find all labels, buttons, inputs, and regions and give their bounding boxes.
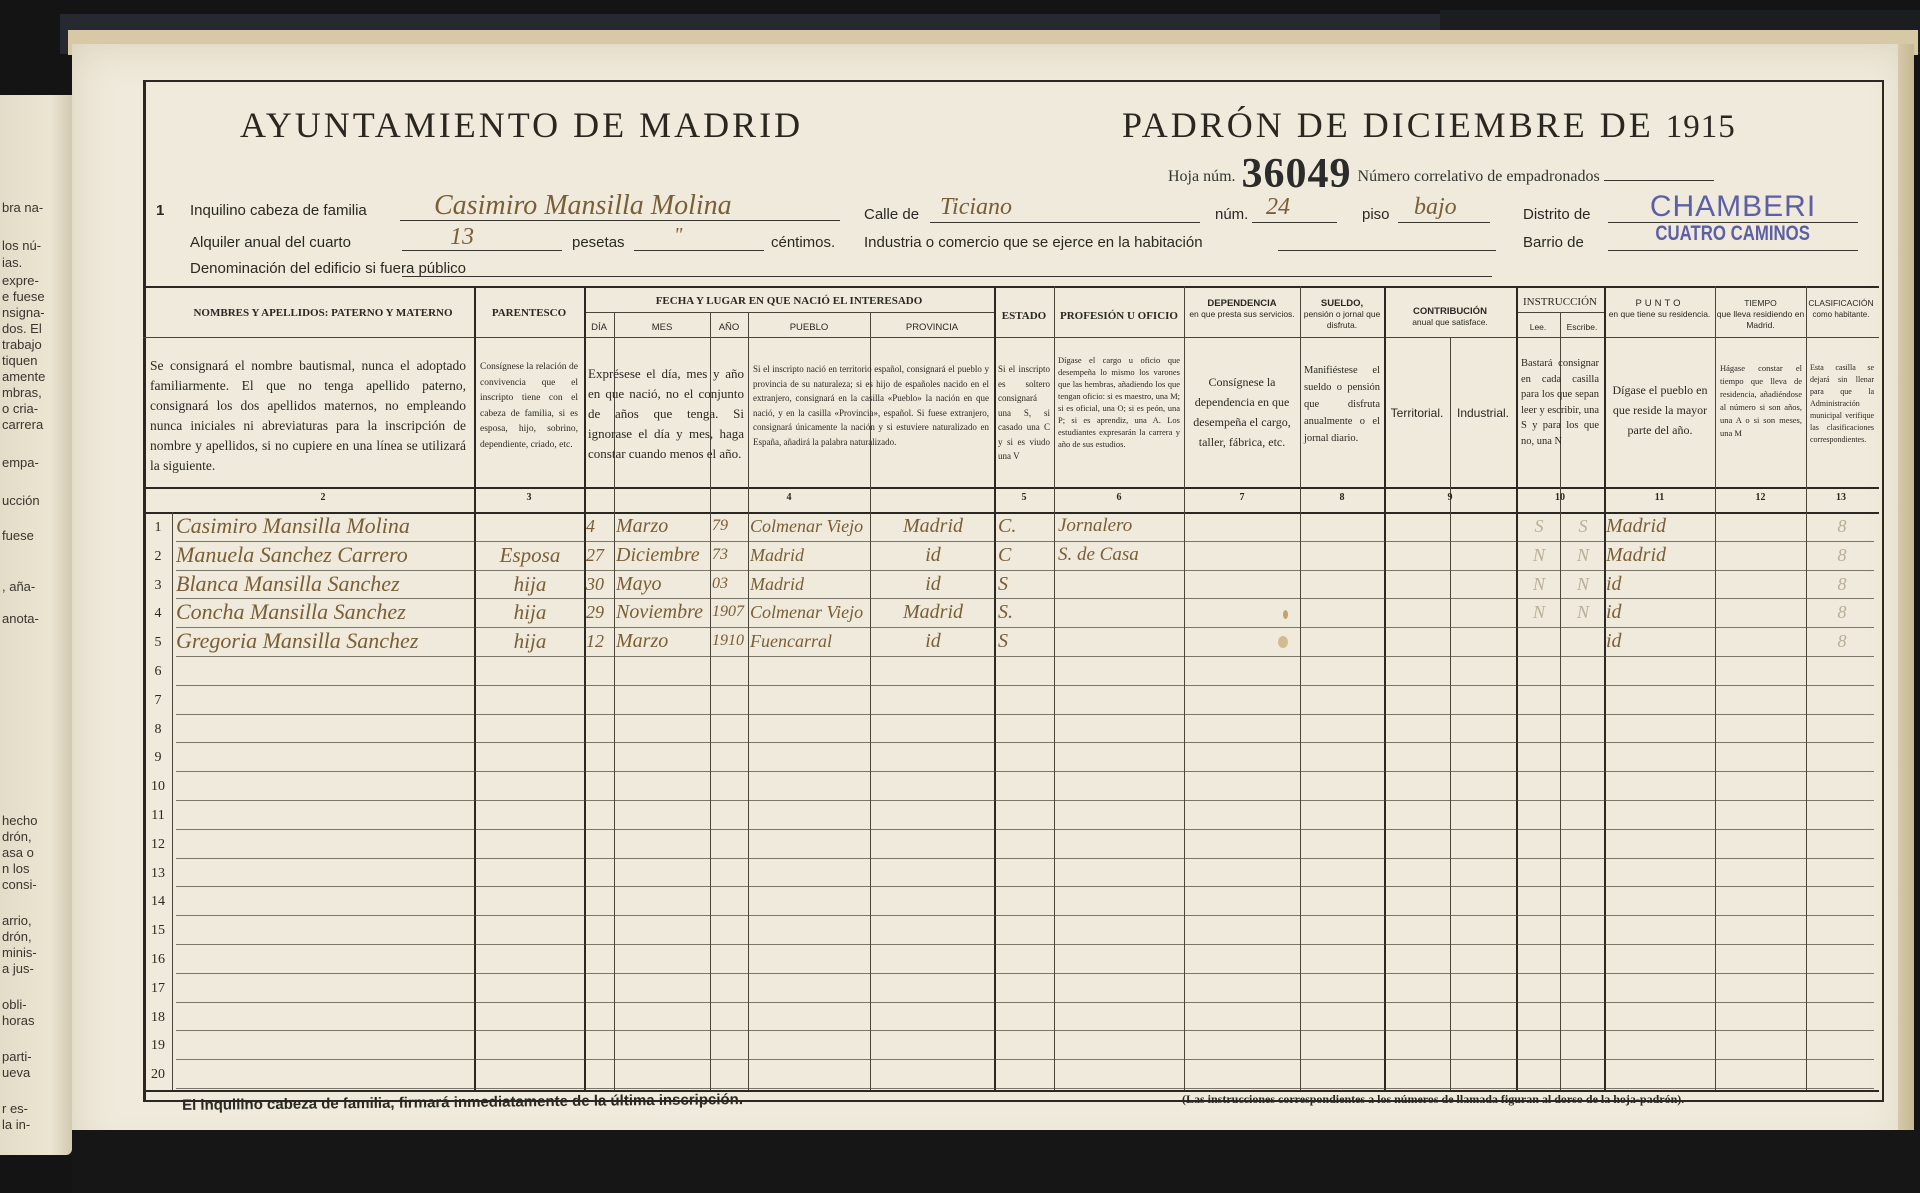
col-punto-title: PUNTO en que tiene su residencia.: [1604, 298, 1715, 320]
calle-value: Ticiano: [930, 194, 1012, 220]
col-contribucion-title: CONTRIBUCIÓN anual que satisface.: [1384, 306, 1516, 328]
left-page-text-fragment: obli-: [2, 997, 27, 1012]
header-rule: [143, 337, 1879, 338]
left-page-text-fragment: r es-: [2, 1101, 28, 1116]
colnum-5: 5: [994, 492, 1054, 503]
cell-estado: C: [998, 542, 1054, 568]
row-number: 16: [146, 952, 170, 968]
centimos-field: ": [634, 224, 764, 251]
colnum-13: 13: [1806, 492, 1876, 503]
cell-provincia: id: [872, 542, 994, 568]
cell-mes: Noviembre: [616, 599, 710, 625]
cell-escribe: N: [1562, 542, 1604, 568]
column-divider: [584, 286, 586, 1090]
instr-dependencia: Consígnese la dependencia en que desempe…: [1188, 372, 1296, 452]
cell-escribe: N: [1562, 599, 1604, 625]
centimos-label: céntimos.: [771, 234, 835, 251]
row-number: 6: [146, 664, 170, 680]
contribucion-industrial: Industrial.: [1450, 406, 1516, 420]
cell-pueblo: Madrid: [750, 542, 870, 568]
instr-fecha: Exprésese el día, mes y año en que nació…: [588, 364, 744, 464]
column-divider: [1516, 286, 1518, 1090]
cell-provincia: id: [872, 628, 994, 654]
colnum-4: 4: [584, 492, 994, 503]
cell-dia: 4: [586, 513, 614, 539]
dependencia-title: DEPENDENCIA: [1184, 298, 1300, 309]
col-fecha-title: FECHA Y LUGAR EN QUE NACIÓ EL INTERESADO: [584, 296, 994, 307]
left-page-text-fragment: drón,: [2, 929, 32, 944]
col-mes: MES: [614, 322, 710, 333]
row-rule: [176, 973, 1874, 974]
instr-instruccion: Bastará consignar en cada casilla para l…: [1521, 356, 1599, 449]
left-page-text-fragment: amente: [2, 369, 45, 384]
row-number: 12: [146, 837, 170, 853]
cell-ano: 1910: [712, 628, 748, 654]
punto-title: PUNTO: [1604, 298, 1715, 309]
instr-lugar: Si el inscripto nació en territorio espa…: [753, 362, 989, 449]
inquilino-field: Casimiro Mansilla Molina: [400, 190, 840, 221]
col-profesion-title: PROFESIÓN U OFICIO: [1054, 311, 1184, 322]
colnum-9: 9: [1384, 492, 1516, 503]
distrito-stamp: CHAMBERI: [1650, 190, 1816, 223]
instr-parentesco: Consígnese la relación de convivencia qu…: [480, 360, 578, 453]
left-page-text-fragment: dos. El: [2, 321, 42, 336]
colnum-3: 3: [474, 492, 584, 503]
column-divider: [1715, 286, 1716, 1090]
census-year: 1915: [1666, 109, 1736, 145]
sueldo-title: SUELDO,: [1300, 298, 1384, 309]
column-divider: [1054, 286, 1055, 1090]
cell-pueblo: Colmenar Viejo: [750, 513, 870, 539]
cell-clasif: 8: [1808, 513, 1876, 539]
cell-clasif: 8: [1808, 571, 1876, 597]
left-page-text-fragment: bra na-: [2, 200, 43, 215]
row-number: 19: [146, 1038, 170, 1054]
left-page-text-fragment: ucción: [2, 493, 40, 508]
contribucion-title: CONTRIBUCIÓN: [1384, 306, 1516, 317]
row-rule: [176, 944, 1874, 945]
column-divider: [1184, 286, 1185, 1090]
cell-lee: N: [1518, 542, 1560, 568]
cell-pueblo: Madrid: [750, 571, 870, 597]
alquiler-field: 13: [402, 224, 562, 251]
denominacion-field: [402, 252, 1492, 277]
row-rule: [176, 1059, 1874, 1060]
instr-tiempo: Hágase constar el tiempo que lleva de re…: [1720, 362, 1802, 440]
cell-escribe: N: [1562, 571, 1604, 597]
cell-lee: S: [1518, 513, 1560, 539]
cell-estado: C.: [998, 513, 1054, 539]
cell-dia: 29: [586, 599, 614, 625]
cell-clasif: 8: [1808, 542, 1876, 568]
distrito-label: Distrito de: [1523, 206, 1591, 223]
cell-mes: Marzo: [616, 628, 710, 654]
row-number: 15: [146, 923, 170, 939]
cell-punto: Madrid: [1606, 513, 1714, 539]
contribucion-sub: anual que satisface.: [1384, 317, 1516, 328]
colnum-12: 12: [1715, 492, 1806, 503]
col-instruccion-title: INSTRUCCIÓN: [1516, 297, 1604, 308]
left-page-text-fragment: consi-: [2, 877, 37, 892]
left-page-text-fragment: ueva: [2, 1065, 30, 1080]
ink-spot: [1278, 636, 1288, 648]
left-page-text-fragment: fuese: [2, 528, 34, 543]
col-parentesco-title: PARENTESCO: [474, 308, 584, 319]
footer-instructions-note: (Las instrucciones correspondientes a lo…: [1182, 1092, 1684, 1107]
col-dia: DÍA: [584, 322, 614, 333]
cell-mes: Mayo: [616, 571, 710, 597]
page-edge: [1898, 44, 1914, 1159]
cell-dia: 12: [586, 628, 614, 654]
row-rule: [176, 1030, 1874, 1031]
row-number: 1: [146, 520, 170, 536]
calle-label: Calle de: [864, 206, 919, 223]
hoja-number: 36049: [1242, 151, 1352, 197]
column-divider: [1806, 286, 1807, 1090]
cell-estado: S: [998, 571, 1054, 597]
cell-punto: id: [1606, 599, 1714, 625]
cell-ano: 73: [712, 542, 748, 568]
num-value: 24: [1252, 194, 1290, 220]
barrio-field: CUATRO CAMINOS: [1608, 222, 1858, 251]
column-divider: [1604, 286, 1606, 1090]
left-page-text-fragment: a jus-: [2, 961, 34, 976]
column-divider: [474, 286, 476, 1090]
row-rule: [176, 858, 1874, 859]
clasificacion-sub: como habitante.: [1806, 309, 1876, 320]
clasificacion-title: CLASIFICACIÓN: [1806, 298, 1876, 309]
cell-dia: 30: [586, 571, 614, 597]
cell-nombre: Casimiro Mansilla Molina: [176, 513, 472, 539]
row-number: 7: [146, 693, 170, 709]
cell-lee: N: [1518, 571, 1560, 597]
col-provincia: PROVINCIA: [870, 322, 994, 333]
instr-profesion: Dígase el cargo u oficio que desempeña l…: [1058, 354, 1180, 450]
instr-nombres: Se consignará el nombre bautismal, nunca…: [150, 356, 466, 476]
cell-estado: S: [998, 628, 1054, 654]
left-page-text-fragment: n los: [2, 861, 29, 876]
cell-nombre: Manuela Sanchez Carrero: [176, 542, 472, 568]
cell-ano: 79: [712, 513, 748, 539]
industria-label: Industria o comercio que se ejerce en la…: [864, 234, 1203, 251]
num-label: núm.: [1215, 206, 1248, 223]
cell-punto: Madrid: [1606, 542, 1714, 568]
barrio-label: Barrio de: [1523, 234, 1584, 251]
row-number: 4: [146, 606, 170, 622]
instr-sueldo: Manifiéstese el sueldo o pensión que dis…: [1304, 362, 1380, 447]
col-clasificacion-title: CLASIFICACIÓN como habitante.: [1806, 298, 1876, 320]
calle-field: Ticiano: [930, 194, 1200, 223]
instructions-rule: [143, 487, 1879, 489]
num-field: 24: [1252, 194, 1337, 223]
row-rule: [176, 685, 1874, 686]
cell-parentesco: hija: [478, 571, 582, 597]
col-dependencia-title: DEPENDENCIA en que presta sus servicios.: [1184, 298, 1300, 320]
contribucion-territorial: Territorial.: [1384, 406, 1450, 420]
left-page-text-fragment: hecho: [2, 813, 37, 828]
cell-ano: 03: [712, 571, 748, 597]
piso-field: bajo: [1398, 194, 1490, 223]
row-rule: [176, 1088, 1874, 1089]
col-ano: AÑO: [710, 322, 748, 333]
left-page-text-fragment: parti-: [2, 1049, 32, 1064]
colnum-10: 10: [1516, 492, 1604, 503]
left-page-text-fragment: minis-: [2, 945, 37, 960]
instr-punto: Dígase el pueblo en que reside la mayor …: [1608, 380, 1712, 440]
dependencia-sub: en que presta sus servicios.: [1184, 309, 1300, 320]
table-top-rule: [143, 286, 1879, 288]
left-page-text-fragment: horas: [2, 1013, 35, 1028]
left-page-text-fragment: carrera: [2, 417, 43, 432]
row-number: 5: [146, 635, 170, 651]
row-number: 10: [146, 779, 170, 795]
cell-profesion: Jornalero: [1058, 513, 1182, 539]
cell-provincia: Madrid: [872, 513, 994, 539]
row-number: 2: [146, 549, 170, 565]
row-rule: [176, 915, 1874, 916]
cell-dia: 27: [586, 542, 614, 568]
col-pueblo: PUEBLO: [748, 322, 870, 333]
cell-pueblo: Fuencarral: [750, 628, 870, 654]
col-estado-title: ESTADO: [994, 311, 1054, 322]
padron-title: PADRÓN DE DICIEMBRE DE 1915: [1122, 104, 1736, 146]
piso-label: piso: [1362, 206, 1390, 223]
left-page-text-fragment: o cria-: [2, 401, 38, 416]
colnum-6: 6: [1054, 492, 1184, 503]
cell-parentesco: hija: [478, 599, 582, 625]
left-page-text-fragment: trabajo: [2, 337, 42, 352]
cell-ano: 1907: [712, 599, 748, 625]
colnum-11: 11: [1604, 492, 1715, 503]
left-facing-page: bra na-los nú-ias.expre-e fuesensigna-do…: [0, 95, 72, 1155]
left-page-text-fragment: e fuese: [2, 289, 45, 304]
left-page-text-fragment: los nú-: [2, 238, 41, 253]
cell-provincia: Madrid: [872, 599, 994, 625]
barrio-stamp: CUATRO CAMINOS: [1656, 222, 1811, 246]
row-rule: [176, 742, 1874, 743]
col-nombres-title: NOMBRES Y APELLIDOS: PATERNO Y MATERNO: [172, 308, 474, 319]
left-page-text-fragment: asa o: [2, 845, 34, 860]
left-page-text-fragment: expre-: [2, 273, 39, 288]
left-page-text-fragment: arrio,: [2, 913, 32, 928]
col-escribe: Escribe.: [1560, 322, 1604, 333]
hoja-label: Hoja núm.: [1168, 168, 1236, 185]
pesetas-label: pesetas: [572, 234, 625, 251]
alquiler-label: Alquiler anual del cuarto: [190, 234, 351, 251]
cell-parentesco: Esposa: [478, 542, 582, 568]
left-page-text-fragment: mbras,: [2, 385, 42, 400]
row-number: 20: [146, 1067, 170, 1083]
punto-sub: en que tiene su residencia.: [1604, 309, 1715, 320]
row-number: 13: [146, 866, 170, 882]
left-page-text-fragment: anota-: [2, 611, 39, 626]
correlativo-field: [1604, 180, 1714, 181]
column-divider: [172, 512, 173, 1090]
instr-clasificacion: Esta casilla se dejará sin llenar para q…: [1810, 362, 1874, 446]
cell-estado: S.: [998, 599, 1054, 625]
cell-escribe: S: [1562, 513, 1604, 539]
row-number: 18: [146, 1010, 170, 1026]
row-rule: [176, 771, 1874, 772]
cell-pueblo: Colmenar Viejo: [750, 599, 870, 625]
left-page-text-fragment: tiquen: [2, 353, 37, 368]
colnum-7: 7: [1184, 492, 1300, 503]
tiempo-title: TIEMPO: [1715, 298, 1806, 309]
municipality-title: AYUNTAMIENTO DE MADRID: [240, 104, 803, 146]
cell-parentesco: hija: [478, 628, 582, 654]
colnum-8: 8: [1300, 492, 1384, 503]
cell-profesion: S. de Casa: [1058, 542, 1182, 568]
sueldo-sub: pensión o jornal que disfruta.: [1300, 309, 1384, 331]
row-rule: [176, 829, 1874, 830]
inquilino-label: Inquilino cabeza de familia: [190, 202, 367, 219]
household-index: 1: [156, 202, 164, 219]
piso-value: bajo: [1398, 194, 1457, 220]
col-tiempo-title: TIEMPO que lleva residiendo en Madrid.: [1715, 298, 1806, 331]
row-number: 8: [146, 722, 170, 738]
inquilino-value: Casimiro Mansilla Molina: [400, 190, 732, 221]
centimos-value: ": [634, 224, 682, 246]
book-bottom: [72, 1130, 1920, 1193]
fecha-subrule: [584, 312, 994, 313]
column-divider: [1300, 286, 1301, 1090]
row-rule: [176, 886, 1874, 887]
row-number: 14: [146, 894, 170, 910]
cell-clasif: 8: [1808, 628, 1876, 654]
cell-punto: id: [1606, 571, 1714, 597]
row-number: 3: [146, 578, 170, 594]
row-number: 11: [146, 808, 170, 824]
cell-punto: id: [1606, 628, 1714, 654]
alquiler-value: 13: [402, 224, 474, 250]
column-divider: [994, 286, 996, 1090]
row-rule: [176, 1002, 1874, 1003]
col-lee: Lee.: [1516, 322, 1560, 333]
left-page-text-fragment: , aña-: [2, 579, 35, 594]
left-page-text-fragment: la in-: [2, 1117, 30, 1132]
tiempo-sub: que lleva residiendo en Madrid.: [1715, 309, 1806, 331]
correlativo-label: Número correlativo de empadronados: [1358, 168, 1600, 185]
col-sueldo-title: SUELDO, pensión o jornal que disfruta.: [1300, 298, 1384, 331]
cell-provincia: id: [872, 571, 994, 597]
row-number: 17: [146, 981, 170, 997]
row-rule: [176, 714, 1874, 715]
row-number: 9: [146, 750, 170, 766]
left-page-text-fragment: empa-: [2, 455, 39, 470]
cell-nombre: Blanca Mansilla Sanchez: [176, 571, 472, 597]
cell-nombre: Concha Mansilla Sanchez: [176, 599, 472, 625]
distrito-field: CHAMBERI: [1608, 190, 1858, 223]
instr-estado: Si el inscripto es soltero consignará un…: [998, 362, 1050, 464]
left-page-text-fragment: ias.: [2, 255, 22, 270]
colnum-2: 2: [172, 492, 474, 503]
cell-lee: N: [1518, 599, 1560, 625]
cell-clasif: 8: [1808, 599, 1876, 625]
cell-mes: Marzo: [616, 513, 710, 539]
ink-spot: [1283, 610, 1288, 619]
industria-field: [1278, 224, 1496, 251]
cell-nombre: Gregoria Mansilla Sanchez: [176, 628, 472, 654]
padron-title-text: PADRÓN DE DICIEMBRE DE: [1122, 105, 1654, 145]
left-page-text-fragment: drón,: [2, 829, 32, 844]
row-rule: [176, 800, 1874, 801]
row-rule: [176, 656, 1874, 657]
cell-mes: Diciembre: [616, 542, 710, 568]
left-page-text-fragment: nsigna-: [2, 305, 45, 320]
